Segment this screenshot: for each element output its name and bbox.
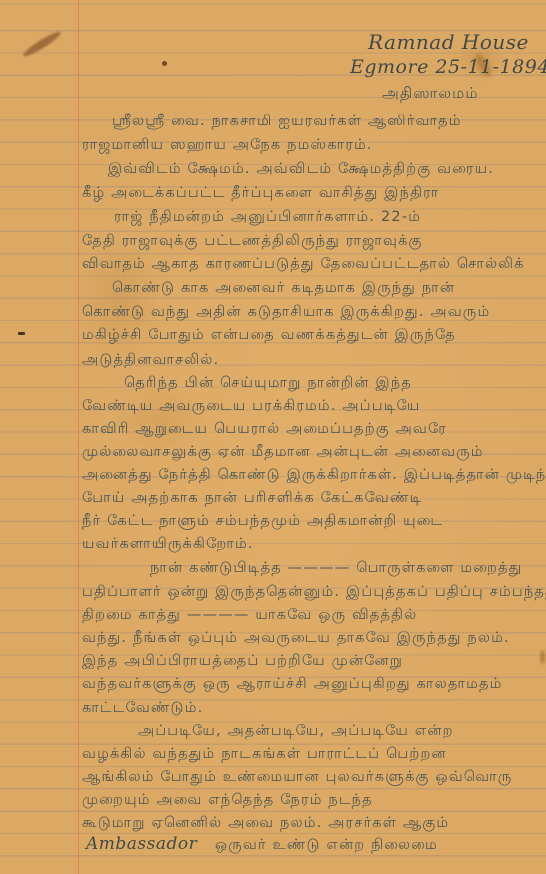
letter-location-date: Egmore 25-11-1894 <box>350 56 546 78</box>
ink-dot <box>162 61 167 66</box>
english-word-ambassador: Ambassador <box>86 834 197 854</box>
letter-line: அப்படியே, அதன்படியே, அப்படியே என்ற <box>138 723 454 741</box>
letter-line-ambassador: Ambassador ஒருவர் உண்டு என்ற நிலைமை <box>86 834 438 855</box>
letter-line: வழக்கில் வந்ததும் நாடகங்கள் பாராட்டப் பெ… <box>82 746 447 764</box>
letter-address: Ramnad House <box>368 30 529 54</box>
letter-line-tail: ஒருவர் உண்டு என்ற நிலைமை <box>215 837 438 853</box>
ink-mark <box>18 332 25 335</box>
letter-line: வந்தவர்களுக்கு ஒரு ஆராய்ச்சி அனுப்புகிறத… <box>82 676 503 694</box>
letter-line: இவ்விடம் க்ஷேமம். அவ்விடம் க்ஷேமத்திற்கு… <box>108 161 494 179</box>
letter-line: அடுத்தினவாசலில். <box>82 352 219 370</box>
letter-line: இந்த அபிப்பிராயத்தைப் பற்றியே முன்னேறு <box>82 653 403 671</box>
letter-line: அனைத்து நேர்த்தி கொண்டு இருக்கிறார்கள். … <box>82 467 546 485</box>
letter-line: மகிழ்ச்சி போதும் என்பதை வணக்கத்துடன் இரு… <box>82 327 456 345</box>
letter-line: ராஜமானிய ஸஹாய அநேக நமஸ்காரம். <box>82 137 373 155</box>
letter-line: தெரிந்த பின் செய்யுமாறு நான்றின் இந்த <box>124 375 412 393</box>
letter-line: நான் கண்டுபிடித்த ———— பொருள்களை மறைத்து <box>150 560 522 578</box>
letter-line: திறமை காத்து ———— யாகவே ஒரு விதத்தில் <box>82 607 417 625</box>
letter-line: கொண்டு காக அனைவர் கடிதமாக இருந்து நான் <box>112 280 455 298</box>
letter-line: முறையும் அவை எந்தெந்த நேரம் நடந்த <box>82 792 373 810</box>
letter-line: காட்டவேண்டும். <box>82 700 203 718</box>
letter-line: யவர்களாயிருக்கிறோம். <box>82 536 254 554</box>
letter-line: நீர் கேட்ட நாளும் சம்பந்தமும் அதிகமான்றி… <box>82 513 443 531</box>
letter-line: காவிரி ஆறுடைய பெயரால் அமைப்பதற்கு அவரே <box>82 421 447 439</box>
letter-line: வேண்டிய அவருடைய பரக்கிரமம். அப்படியே <box>82 398 420 416</box>
letter-line: விவாதம் ஆகாத காரணப்படுத்து தேவைப்பட்டதால… <box>82 256 525 274</box>
edge-stain <box>540 650 545 664</box>
red-margin-line <box>78 0 79 874</box>
letter-line: போய் அதற்காக நான் பரிசளிக்க கேட்கவேண்டி <box>82 490 422 508</box>
letter-line: ஆங்கிலம் போதும் உண்மையான புலவர்களுக்கு ஒ… <box>82 769 512 787</box>
letter-line: கீழ் அடைக்கப்பட்ட தீர்ப்புகளை வாசித்து இ… <box>82 185 439 203</box>
letter-line: வந்து. நீங்கள் ஒப்பும் அவருடைய தாகவே இரு… <box>82 630 510 648</box>
letter-line: முல்லைவாசலுக்கு ஏன் மீதமான அன்புடன் அனைவ… <box>82 444 484 462</box>
ink-stain <box>21 29 63 59</box>
letter-line: கொண்டு வந்து அதின் கடுதாசியாக இருக்கிறது… <box>82 304 490 322</box>
letter-salutation: அதிஸாலமம் <box>382 84 479 104</box>
letter-line: தேதி ராஜாவுக்கு பட்டணத்திலிருந்து ராஜாவு… <box>82 233 423 251</box>
letter-line: ராஜ் நீதிமன்றம் அனுப்பினார்களாம். 22-ம் <box>114 209 421 227</box>
letter-page: Ramnad House Egmore 25-11-1894 அதிஸாலமம்… <box>0 0 546 874</box>
letter-line: கூடுமாறு ஏனெனில் அவை நலம். அரசர்கள் ஆகும… <box>82 815 449 833</box>
letter-line: ஸ்ரீலஸ்ரீ வை. நாகசாமி ஐயரவர்கள் ஆஸிர்வாத… <box>112 113 462 131</box>
letter-line: பதிப்பாளர் ஒன்று இருந்ததென்னும். இப்புத்… <box>82 584 546 602</box>
